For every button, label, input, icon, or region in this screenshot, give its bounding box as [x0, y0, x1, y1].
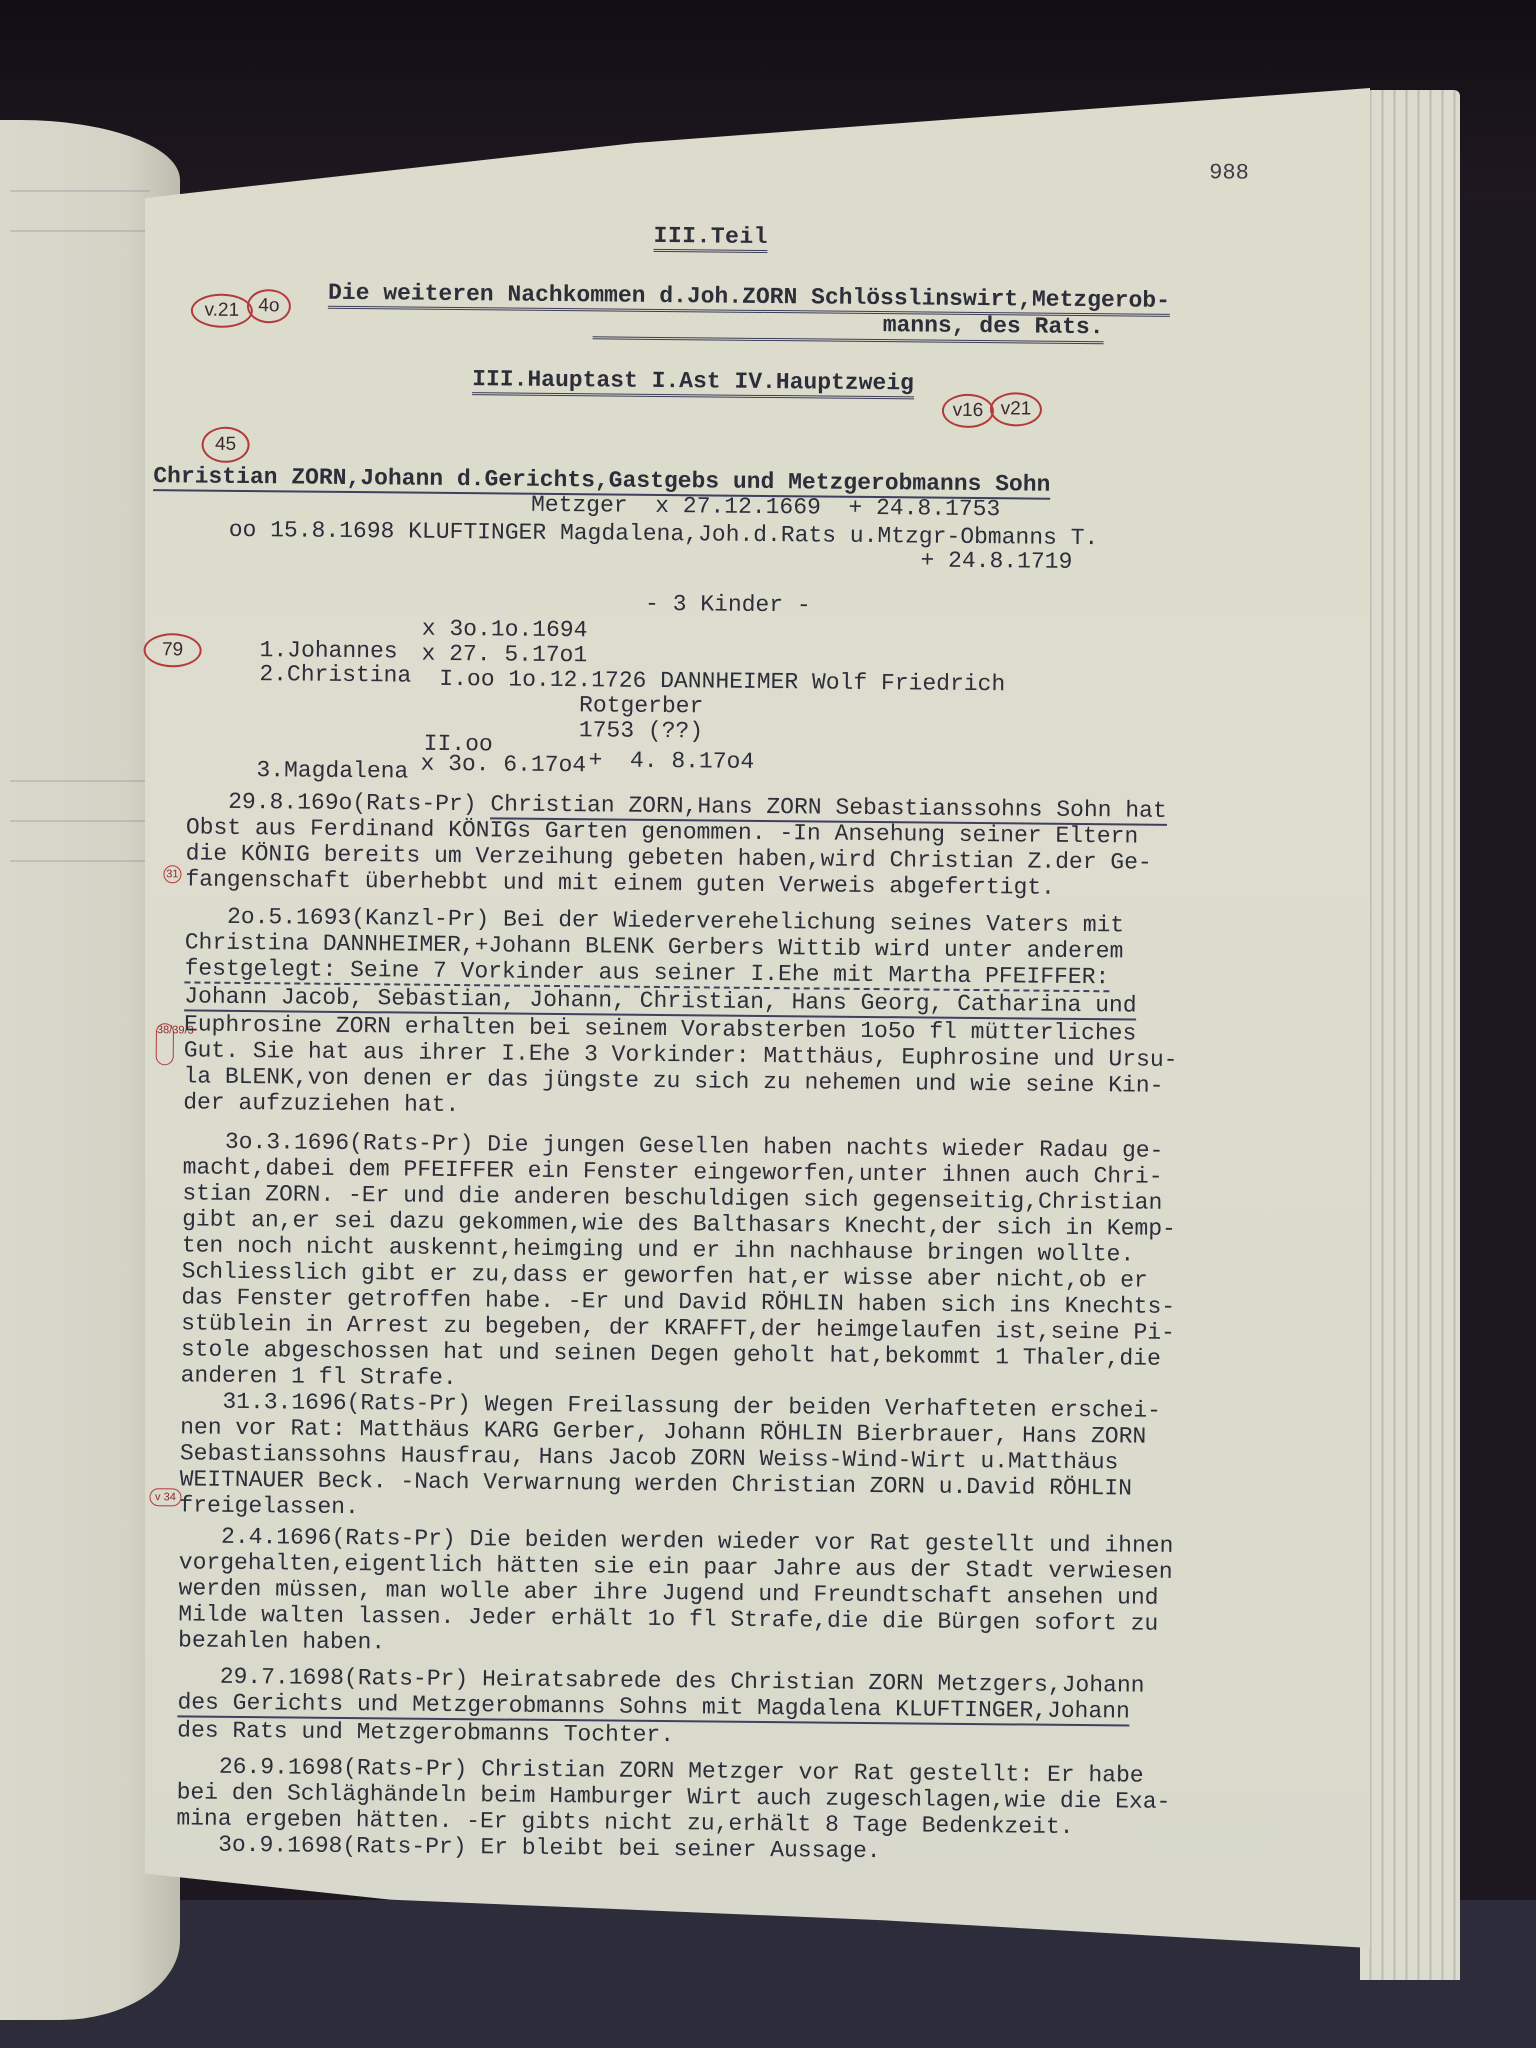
branch-title: III.Hauptast I.Ast IV.Hauptzweig: [472, 366, 914, 399]
child-3-birth: x 3o. 6.17o4: [420, 751, 586, 779]
spouse-death: + 24.8.1719: [920, 547, 1072, 574]
annotation-circle: v16: [942, 394, 994, 428]
entry-line: Er bleibt bei seiner Aussage.: [480, 1834, 880, 1864]
margin-annotation: 31: [163, 865, 181, 883]
bleed-line: [10, 860, 150, 862]
page-content: 988 III.Teil v.21 4o Die weiteren Nachko…: [127, 88, 1370, 1960]
person-number: 45: [201, 427, 249, 463]
bleed-line: [10, 230, 150, 232]
annotation-circle: v21: [990, 392, 1042, 426]
entry-date: 29.7.1698(Rats-Pr): [178, 1663, 469, 1692]
child-2-marriage1: I.oo 1o.12.1726 DANNHEIMER Wolf Friedric…: [439, 666, 1005, 697]
part-title: III.Teil: [653, 223, 768, 253]
page-edges: [1360, 90, 1460, 1980]
record-entry: 3o.3.1696(Rats-Pr) Die jungen Gesellen h…: [181, 1128, 1323, 1399]
person-birth-death: Metzger x 27.12.1669 + 24.8.1753: [531, 492, 1001, 523]
child-3-name: 3.Magdalena: [256, 757, 408, 784]
entry-date: 2o.5.1693(Kanzl-Pr): [185, 903, 489, 932]
child-2-name: 2.Christina: [259, 661, 411, 688]
entry-date: 26.9.1698(Rats-Pr): [177, 1753, 468, 1782]
person-marriage: oo 15.8.1698 KLUFTINGER Magdalena,Joh.d.…: [229, 517, 1099, 551]
child-1-birth: x 3o.1o.1694: [422, 616, 588, 644]
child-2-marriage2-date: 1753 (??): [579, 717, 703, 744]
child-3-death: + 4. 8.17o4: [588, 747, 754, 775]
annotation-circle: 4o: [247, 289, 291, 323]
child-2-birth: x 27. 5.17o1: [421, 641, 587, 669]
children-header: - 3 Kinder -: [645, 591, 811, 619]
record-entry: 29.7.1698(Rats-Pr) Heiratsabrede des Chr…: [177, 1663, 1318, 1754]
bleed-line: [10, 780, 150, 782]
children-annotation: 79: [143, 633, 201, 668]
annotation-circle: v.21: [191, 293, 253, 328]
record-entry: 29.8.169o(Rats-Pr) Christian ZORN,Hans Z…: [185, 788, 1326, 903]
entry-date: 31.3.1696(Rats-Pr): [180, 1388, 471, 1417]
page-number: 988: [1209, 160, 1249, 186]
bleed-line: [10, 820, 150, 822]
main-heading-line2: manns, des Rats.: [593, 309, 1104, 344]
margin-annotation: 38/39/3: [156, 1023, 174, 1065]
entry-date: 2.4.1696(Rats-Pr): [179, 1523, 456, 1552]
record-entry: 26.9.1698(Rats-Pr) Christian ZORN Metzge…: [176, 1753, 1317, 1842]
child-2-occupation: Rotgerber: [579, 692, 703, 719]
record-entry: 2.4.1696(Rats-Pr) Die beiden werden wied…: [178, 1523, 1319, 1664]
entry-date: 3o.9.1698(Rats-Pr): [176, 1831, 467, 1860]
main-heading: Die weiteren Nachkommen d.Joh.ZORN Schlö…: [328, 280, 1329, 347]
entry-line: des Rats und Metzgerobmanns Tochter.: [177, 1717, 1317, 1754]
record-entry: 2o.5.1693(Kanzl-Pr) Bei der Wiederverehe…: [183, 903, 1325, 1126]
entry-date: 3o.3.1696(Rats-Pr): [183, 1128, 474, 1157]
entry-date: 29.8.169o(Rats-Pr): [186, 788, 477, 817]
bleed-line: [10, 190, 150, 192]
margin-annotation: v 34: [149, 1488, 181, 1506]
record-entry: 31.3.1696(Rats-Pr) Wegen Freilassung der…: [179, 1388, 1320, 1529]
